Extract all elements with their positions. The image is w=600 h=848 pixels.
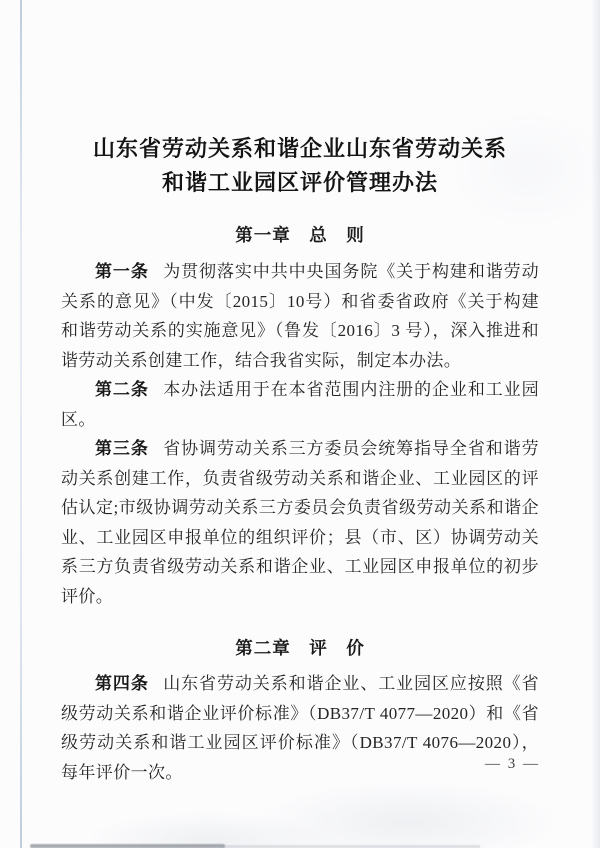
article-3-paragraph: 第三条省协调劳动关系三方委员会统筹指导全省和谐劳动关系创建工作，负责省级劳动关系… bbox=[61, 434, 539, 611]
scan-edge-band-right bbox=[591, 0, 600, 848]
document-title-line-2: 和谐工业园区评价管理办法 bbox=[61, 166, 539, 200]
chapter-2-heading: 第二章 评 价 bbox=[61, 635, 539, 661]
page-number: — 3 — bbox=[0, 756, 540, 773]
document-title-line-1: 山东省劳动关系和谐企业山东省劳动关系 bbox=[61, 132, 539, 166]
scan-artifact-bottom-bar bbox=[30, 844, 225, 848]
article-1-label: 第一条 bbox=[95, 262, 149, 281]
chapter-1-heading: 第一章 总 则 bbox=[61, 222, 539, 248]
document-content: 山东省劳动关系和谐企业山东省劳动关系 和谐工业园区评价管理办法 第一章 总 则 … bbox=[61, 0, 539, 787]
article-3-text: 省协调劳动关系三方委员会统筹指导全省和谐劳动关系创建工作，负责省级劳动关系和谐企… bbox=[61, 439, 539, 606]
article-4-label: 第四条 bbox=[95, 674, 149, 693]
article-1-paragraph: 第一条为贯彻落实中共中央国务院《关于构建和谐劳动关系的意见》（中发〔2015〕1… bbox=[61, 257, 539, 375]
article-2-paragraph: 第二条本办法适用于在本省范围内注册的企业和工业园区。 bbox=[61, 375, 539, 434]
scan-edge-line-left bbox=[20, 0, 22, 848]
article-2-label: 第二条 bbox=[95, 380, 149, 399]
document-title: 山东省劳动关系和谐企业山东省劳动关系 和谐工业园区评价管理办法 bbox=[61, 132, 539, 200]
scanned-document-page: 山东省劳动关系和谐企业山东省劳动关系 和谐工业园区评价管理办法 第一章 总 则 … bbox=[0, 0, 600, 848]
article-3-label: 第三条 bbox=[95, 439, 149, 458]
